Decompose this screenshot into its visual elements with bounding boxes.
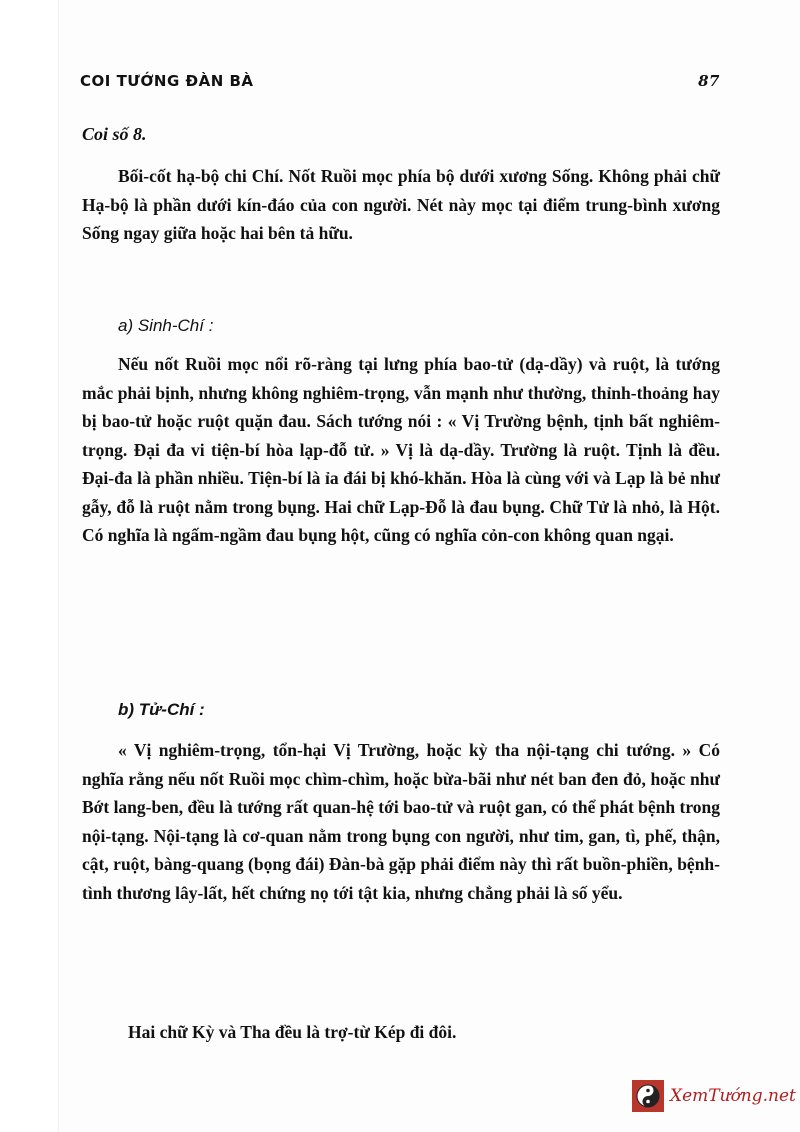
site-watermark: XemTướng.net bbox=[632, 1080, 796, 1112]
subsection-b-text: « Vị nghiêm-trọng, tổn-hại Vị Trường, ho… bbox=[82, 736, 720, 907]
closing-line: Hai chữ Kỳ và Tha đều là trợ-từ Kép đi đ… bbox=[82, 1018, 720, 1047]
subsection-a-paragraph: Nếu nốt Ruồi mọc nổi rõ-ràng tại lưng ph… bbox=[82, 350, 720, 550]
intro-text: Bối-cốt hạ-bộ chi Chí. Nốt Ruồi mọc phía… bbox=[82, 162, 720, 248]
yin-yang-icon bbox=[632, 1080, 664, 1112]
section-title: Coi số 8. bbox=[82, 124, 147, 145]
intro-paragraph: Bối-cốt hạ-bộ chi Chí. Nốt Ruồi mọc phía… bbox=[82, 162, 720, 248]
watermark-text: XemTướng.net bbox=[670, 1086, 796, 1106]
subsection-b-paragraph: « Vị nghiêm-trọng, tổn-hại Vị Trường, ho… bbox=[82, 736, 720, 907]
subsection-b-heading: b) Tử-Chí : bbox=[118, 700, 205, 720]
subsection-a-heading: a) Sinh-Chí : bbox=[118, 316, 213, 336]
subsection-a-text: Nếu nốt Ruồi mọc nổi rõ-ràng tại lưng ph… bbox=[82, 350, 720, 550]
running-header: COI TƯỚNG ĐÀN BÀ 87 bbox=[80, 72, 720, 96]
page-number: 87 bbox=[698, 72, 720, 90]
running-title: COI TƯỚNG ĐÀN BÀ bbox=[80, 72, 254, 90]
